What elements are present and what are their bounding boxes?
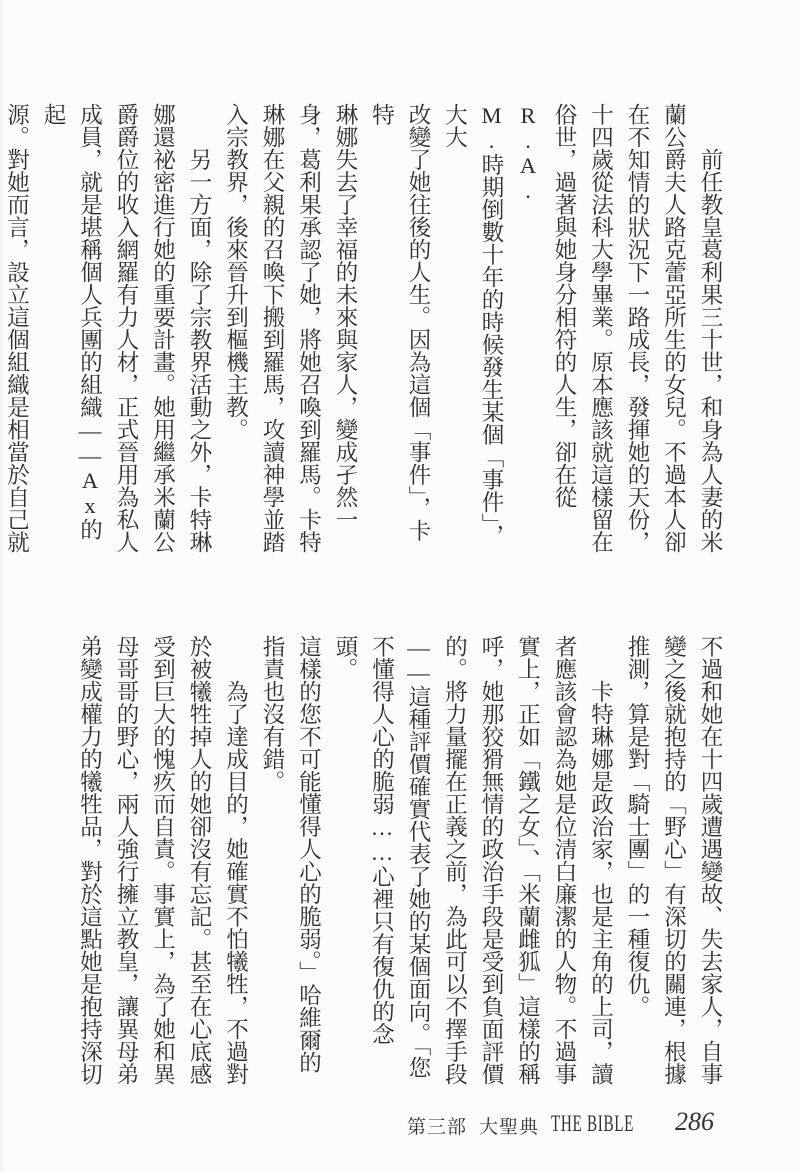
footer-part-label: 第三部 [407,1112,467,1139]
text-column: 蘭公爵夫人路克蕾亞所生的女兒。不過本人卻 [655,103,692,559]
top-text-block: 前任教皇葛利果三十世，和身為人妻的米蘭公爵夫人路克蕾亞所生的女兒。不過本人卻在不… [104,103,728,559]
text-column: 不過和她在十四歲遭遇變故、失去家人，自事 [692,635,729,1087]
text-column: ——這種評價確實代表了她的某個面向。「您 [400,635,437,1087]
text-column: 推測，算是對「騎士團」的一種復仇。 [619,635,656,1087]
text-column: 變之後就抱持的「野心」有深切的關連，根據 [655,635,692,1087]
text-column: 俗世，過著與她身分相符的人生，卻在從R.A. [509,103,582,559]
text-column: 這樣的您不可能懂得人心的脆弱。」哈維爾的 [290,635,327,1087]
text-column: 母哥哥的野心，兩人強行擁立教皇，讓異母弟 [108,635,145,1087]
text-column: 琳娜在父親的召喚下搬到羅馬，攻讀神學並踏 [254,103,291,559]
page-footer: 第三部 大聖典 THE BIBLE 286 [0,1106,800,1150]
text-column: 十四歲從法科大學畢業。原本應該就這樣留在 [582,103,619,559]
bottom-text-block: 不過和她在十四歲遭遇變故、失去家人，自事變之後就抱持的「野心」有深切的關連，根據… [104,635,728,1087]
text-column: 不懂得人心的脆弱……心裡只有復仇的念頭。 [327,635,400,1087]
footer-section-title: 大聖典 [479,1112,539,1139]
text-column: 琳娜失去了幸福的未來與家人，變成孑然一 [327,103,364,559]
text-column: 爵爵位的收入網羅有力人材，正式晉用為私人 [108,103,145,559]
text-column: 弟變成權力的犧牲品，對於這點她是抱持深切 [71,635,108,1087]
text-column: 入宗教界，後來晉升到樞機主教。 [217,103,254,559]
text-column: 前任教皇葛利果三十世，和身為人妻的米 [692,103,729,559]
text-column: 成員，就是堪稱個人兵團的組織——Ax的起 [35,103,108,559]
footer-section-title-english: THE BIBLE [551,1111,634,1137]
text-column: 另一方面，除了宗教界活動之外，卡特琳 [181,103,218,559]
text-column: 呼，她那狡猾無情的政治手段是受到負面評價 [473,635,510,1087]
book-page: 前任教皇葛利果三十世，和身為人妻的米蘭公爵夫人路克蕾亞所生的女兒。不過本人卻在不… [0,0,800,1172]
page-number: 286 [675,1107,714,1137]
text-column: 為了達成目的，她確實不怕犧牲，不過對 [217,635,254,1087]
text-column: 實上，正如「鐵之女」、「米蘭雌狐」這樣的稱 [509,635,546,1087]
text-column: 身，葛利果承認了她，將她召喚到羅馬。卡特 [290,103,327,559]
text-column: 者應該會認為她是位清白廉潔的人物。不過事 [546,635,583,1087]
text-column: M.時期倒數十年的時候發生某個「事件」，大大 [436,103,509,559]
text-column: 於被犧牲掉人的她卻沒有忘記。甚至在心底感 [181,635,218,1087]
text-column: 在不知情的狀況下一路成長，發揮她的天份， [619,103,656,559]
text-column: 源。對她而言，設立這個組織是相當於自己就 [0,103,35,559]
text-column: 改變了她往後的人生。因為這個「事件」，卡特 [363,103,436,559]
text-column: 卡特琳娜是政治家，也是主角的上司，讀 [582,635,619,1087]
text-column: 的。將力量擺在正義之前，為此可以不擇手段 [436,635,473,1087]
text-column: 受到巨大的愧疚而自責。事實上，為了她和異 [144,635,181,1087]
text-column: 指責也沒有錯。 [254,635,291,1087]
text-column: 娜還祕密進行她的重要計畫。她用繼承米蘭公 [144,103,181,559]
